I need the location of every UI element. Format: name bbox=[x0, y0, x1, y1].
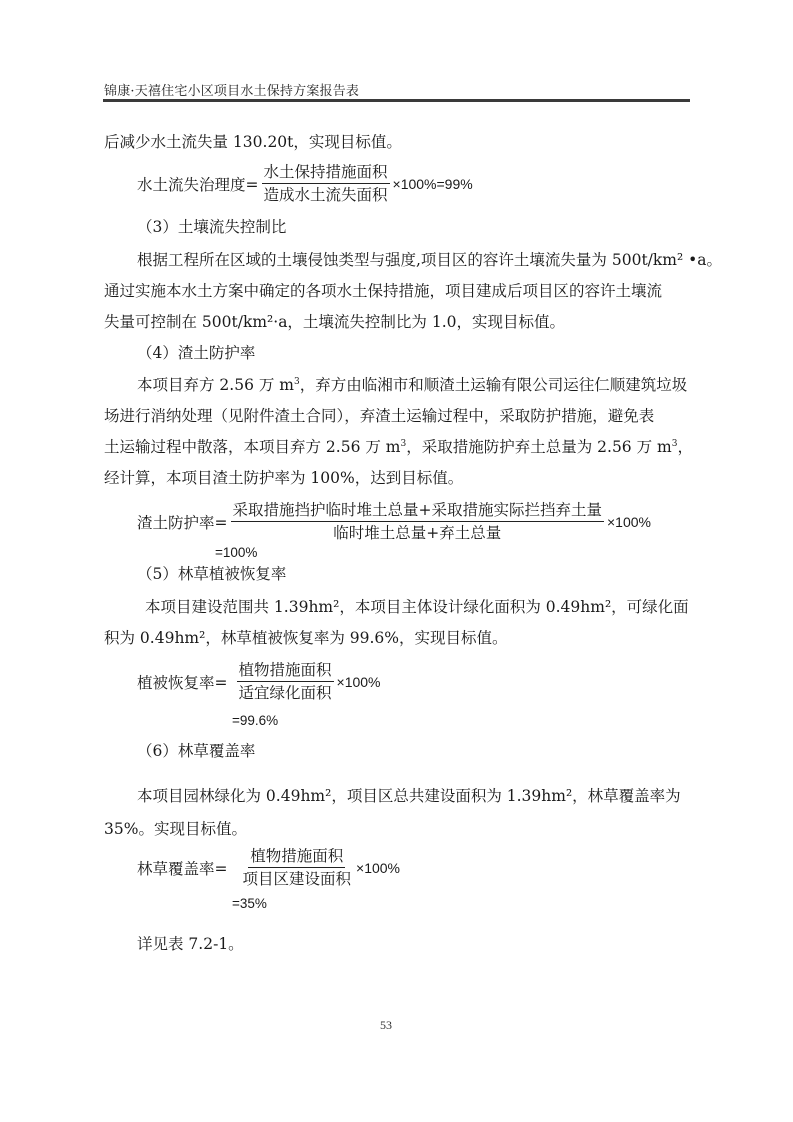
text-span: ，采取措施防护弃土总量为 2.56 万 m bbox=[406, 438, 672, 456]
formula-result: =35% bbox=[232, 896, 267, 911]
closing-reference: 详见表 7.2-1。 bbox=[137, 934, 244, 954]
text-span: ， bbox=[677, 438, 693, 456]
formula-numerator: 植物措施面积 bbox=[248, 846, 345, 868]
formula-suffix: ×100% bbox=[356, 860, 400, 876]
page-number: 53 bbox=[380, 1018, 392, 1033]
paragraph-continuation: 后减少水土流失量 130.20t，实现目标值。 bbox=[104, 132, 402, 152]
formula-suffix: ×100% bbox=[337, 674, 381, 690]
formula-result: =100% bbox=[215, 545, 257, 560]
formula-suffix: ×100%=99% bbox=[393, 176, 473, 192]
formula-label: 渣土防护率= bbox=[137, 511, 228, 533]
paragraph-line: 通过实施本水土方案中确定的各项水土保持措施，项目建成后项目区的容许土壤流 bbox=[104, 281, 662, 301]
formula-denominator: 适宜绿化面积 bbox=[237, 682, 334, 703]
paragraph-line: 失量可控制在 500t/km²·a，土壤流失控制比为 1.0，实现目标值。 bbox=[104, 312, 565, 332]
formula-fraction: 采取措施挡护临时堆土总量+采取措施实际拦挡弃土量 临时堆土总量+弃土总量 bbox=[231, 500, 605, 543]
formula-denominator: 造成水土流失面积 bbox=[262, 184, 390, 205]
formula-fraction: 水土保持措施面积 造成水土流失面积 bbox=[262, 162, 390, 205]
text-span: ，弃方由临湘市和顺渣土运输有限公司运往仁顺建筑垃圾 bbox=[300, 376, 688, 394]
section-heading-4: （4）渣土防护率 bbox=[137, 343, 255, 363]
formula-label: 植被恢复率= bbox=[137, 671, 228, 693]
paragraph-line: 本项目建设范围共 1.39hm²，本项目主体设计绿化面积为 0.49hm²，可绿… bbox=[145, 597, 689, 617]
section-heading-3: （3）土壤流失控制比 bbox=[137, 217, 286, 237]
formula-erosion-control-degree: 水土流失治理度= 水土保持措施面积 造成水土流失面积 ×100%=99% bbox=[137, 162, 473, 205]
text-span: 本项目弃方 2.56 万 m bbox=[137, 376, 294, 394]
paragraph-line: 积为 0.49hm²，林草植被恢复率为 99.6%，实现目标值。 bbox=[104, 628, 508, 648]
formula-label: 水土流失治理度= bbox=[137, 173, 259, 195]
formula-forest-grass-coverage-rate: 林草覆盖率= 植物措施面积 项目区建设面积 ×100% bbox=[137, 846, 400, 889]
paragraph-line: 土运输过程中散落，本项目弃方 2.56 万 m3，采取措施防护弃土总量为 2.5… bbox=[104, 437, 693, 457]
formula-label: 林草覆盖率= bbox=[137, 857, 228, 879]
formula-fraction: 植物措施面积 项目区建设面积 bbox=[241, 846, 354, 889]
paragraph-line: 场进行消纳处理（见附件渣土合同），弃渣土运输过程中，采取防护措施，避免表 bbox=[104, 406, 654, 426]
paragraph-line: 本项目园林绿化为 0.49hm²，项目区总共建设面积为 1.39hm²，林草覆盖… bbox=[137, 786, 681, 806]
formula-vegetation-restoration-rate: 植被恢复率= 植物措施面积 适宜绿化面积 ×100% bbox=[137, 660, 381, 703]
formula-spoil-protection-rate: 渣土防护率= 采取措施挡护临时堆土总量+采取措施实际拦挡弃土量 临时堆土总量+弃… bbox=[137, 500, 651, 543]
formula-numerator: 水土保持措施面积 bbox=[262, 162, 390, 184]
formula-denominator: 临时堆土总量+弃土总量 bbox=[331, 522, 503, 543]
text-span: 土运输过程中散落，本项目弃方 2.56 万 m bbox=[104, 438, 401, 456]
paragraph-line: 经计算，本项目渣土防护率为 100%，达到目标值。 bbox=[104, 468, 463, 488]
header-divider bbox=[103, 99, 690, 102]
section-heading-6: （6）林草覆盖率 bbox=[137, 741, 255, 761]
document-header-title: 锦康·天禧住宅小区项目水土保持方案报告表 bbox=[104, 80, 359, 99]
formula-result: =99.6% bbox=[232, 713, 278, 728]
formula-numerator: 采取措施挡护临时堆土总量+采取措施实际拦挡弃土量 bbox=[231, 500, 605, 522]
formula-suffix: ×100% bbox=[607, 514, 651, 530]
paragraph-line: 35%。实现目标值。 bbox=[104, 819, 247, 839]
formula-denominator: 项目区建设面积 bbox=[241, 868, 354, 889]
paragraph-line: 根据工程所在区域的土壤侵蚀类型与强度,项目区的容许土壤流失量为 500t/km²… bbox=[137, 250, 722, 270]
section-heading-5: （5）林草植被恢复率 bbox=[137, 564, 286, 584]
formula-numerator: 植物措施面积 bbox=[237, 660, 334, 682]
paragraph-line: 本项目弃方 2.56 万 m3，弃方由临湘市和顺渣土运输有限公司运往仁顺建筑垃圾 bbox=[137, 375, 687, 395]
formula-fraction: 植物措施面积 适宜绿化面积 bbox=[237, 660, 334, 703]
